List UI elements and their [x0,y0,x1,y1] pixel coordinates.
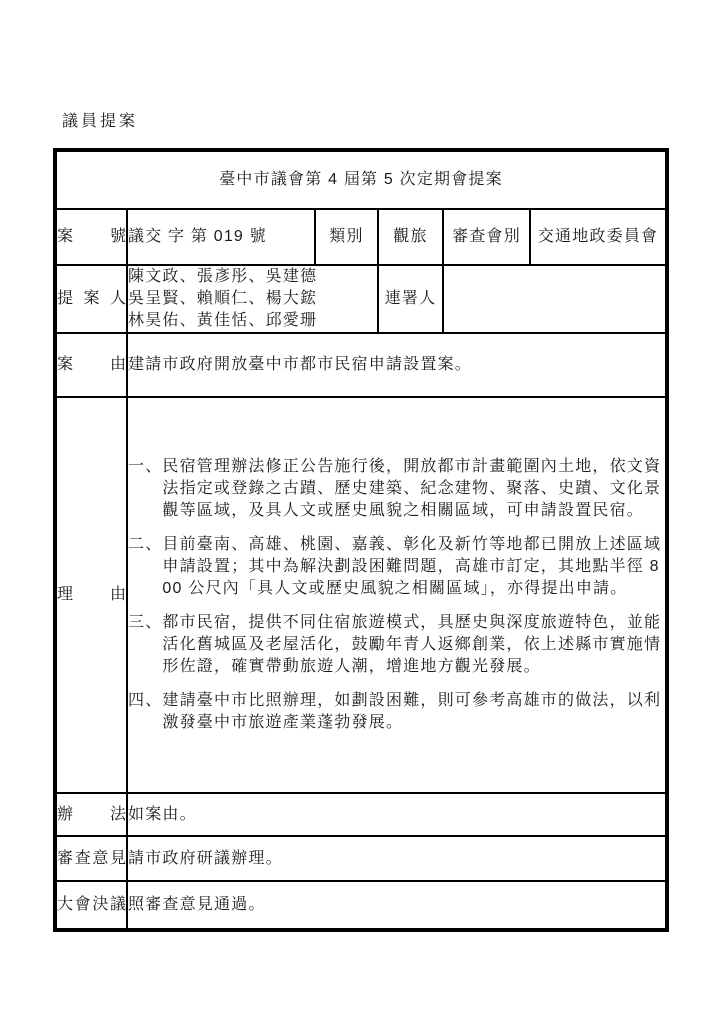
reason-number: 四、 [128,690,162,734]
reason-item: 四、 建請臺中市比照辦理，如劃設困難，則可參考高雄市的做法，以利激發臺中市旅遊產… [128,690,665,734]
cosigners-label: 連署人 [378,265,443,333]
committee-value: 交通地政委員會 [530,209,667,265]
reason-item: 三、 都市民宿，提供不同住宿旅遊模式，具歷史與深度旅遊特色，並能活化舊城區及老屋… [128,612,665,678]
reasons-label: 理由 [57,584,126,606]
case-number-value: 議交 字 第 019 號 [127,209,315,265]
proposer-names-line: 吳呈賢、賴順仁、楊大鋐 [128,288,377,310]
proposal-title: 臺中市議會第 4 屆第 5 次定期會提案 [55,150,667,209]
review-opinion-value: 請市政府研議辦理。 [127,836,667,881]
document-page: 議員提案 臺中市議會第 4 屆第 5 次定期會提案 案號 議交 字 第 019 … [0,0,724,1024]
method-value: 如案由。 [127,793,667,836]
review-opinion-label: 審查意見 [57,848,126,870]
proposer-names-line: 林昊佑、黃佳恬、邱愛珊 [128,310,377,332]
subject-label-cell: 案由 [55,333,127,397]
method-row: 辦法 如案由。 [55,793,667,836]
reason-text: 建請臺中市比照辦理，如劃設困難，則可參考高雄市的做法，以利激發臺中市旅遊產業蓬勃… [162,690,665,734]
review-opinion-row: 審查意見 請市政府研議辦理。 [55,836,667,881]
category-label: 類別 [315,209,378,265]
committee-label: 審查會別 [443,209,530,265]
reason-text: 目前臺南、高雄、桃園、嘉義、彰化及新竹等地都已開放上述區域申請設置；其中為解決劃… [162,534,665,600]
proposers-row: 提案人 陳文政、張彥彤、吳建德 吳呈賢、賴順仁、楊大鋐 林昊佑、黃佳恬、邱愛珊 … [55,265,667,333]
method-label: 辦法 [57,804,126,826]
method-label-cell: 辦法 [55,793,127,836]
cosigners-value [443,265,667,333]
reason-number: 二、 [128,534,162,600]
resolution-label: 大會決議 [57,894,126,916]
review-opinion-label-cell: 審查意見 [55,836,127,881]
proposers-names: 陳文政、張彥彤、吳建德 吳呈賢、賴順仁、楊大鋐 林昊佑、黃佳恬、邱愛珊 [127,265,378,333]
proposer-names-line: 陳文政、張彥彤、吳建德 [128,266,377,288]
reasons-content: 一、 民宿管理辦法修正公告施行後，開放都市計畫範圍內土地，依文資法指定或登錄之古… [127,397,667,793]
reason-item: 一、 民宿管理辦法修正公告施行後，開放都市計畫範圍內土地，依文資法指定或登錄之古… [128,456,665,522]
proposal-table: 臺中市議會第 4 屆第 5 次定期會提案 案號 議交 字 第 019 號 類別 … [53,148,669,932]
reason-number: 三、 [128,612,162,678]
case-number-label: 案號 [57,226,126,248]
reason-text: 民宿管理辦法修正公告施行後，開放都市計畫範圍內土地，依文資法指定或登錄之古蹟、歷… [162,456,665,522]
case-number-row: 案號 議交 字 第 019 號 類別 觀旅 審查會別 交通地政委員會 [55,209,667,265]
reason-number: 一、 [128,456,162,522]
reason-item: 二、 目前臺南、高雄、桃園、嘉義、彰化及新竹等地都已開放上述區域申請設置；其中為… [128,534,665,600]
proposers-label: 提案人 [57,288,126,310]
doc-type-label: 議員提案 [62,108,138,131]
subject-row: 案由 建請市政府開放臺中市都市民宿申請設置案。 [55,333,667,397]
case-number-label-cell: 案號 [55,209,127,265]
proposers-label-cell: 提案人 [55,265,127,333]
reason-text: 都市民宿，提供不同住宿旅遊模式，具歷史與深度旅遊特色，並能活化舊城區及老屋活化，… [162,612,665,678]
title-row: 臺中市議會第 4 屆第 5 次定期會提案 [55,150,667,209]
category-value: 觀旅 [378,209,443,265]
subject-value: 建請市政府開放臺中市都市民宿申請設置案。 [127,333,667,397]
reasons-row: 理由 一、 民宿管理辦法修正公告施行後，開放都市計畫範圍內土地，依文資法指定或登… [55,397,667,793]
resolution-row: 大會決議 照審查意見通過。 [55,881,667,930]
resolution-label-cell: 大會決議 [55,881,127,930]
subject-label: 案由 [57,354,126,376]
reasons-label-cell: 理由 [55,397,127,793]
resolution-value: 照審查意見通過。 [127,881,667,930]
